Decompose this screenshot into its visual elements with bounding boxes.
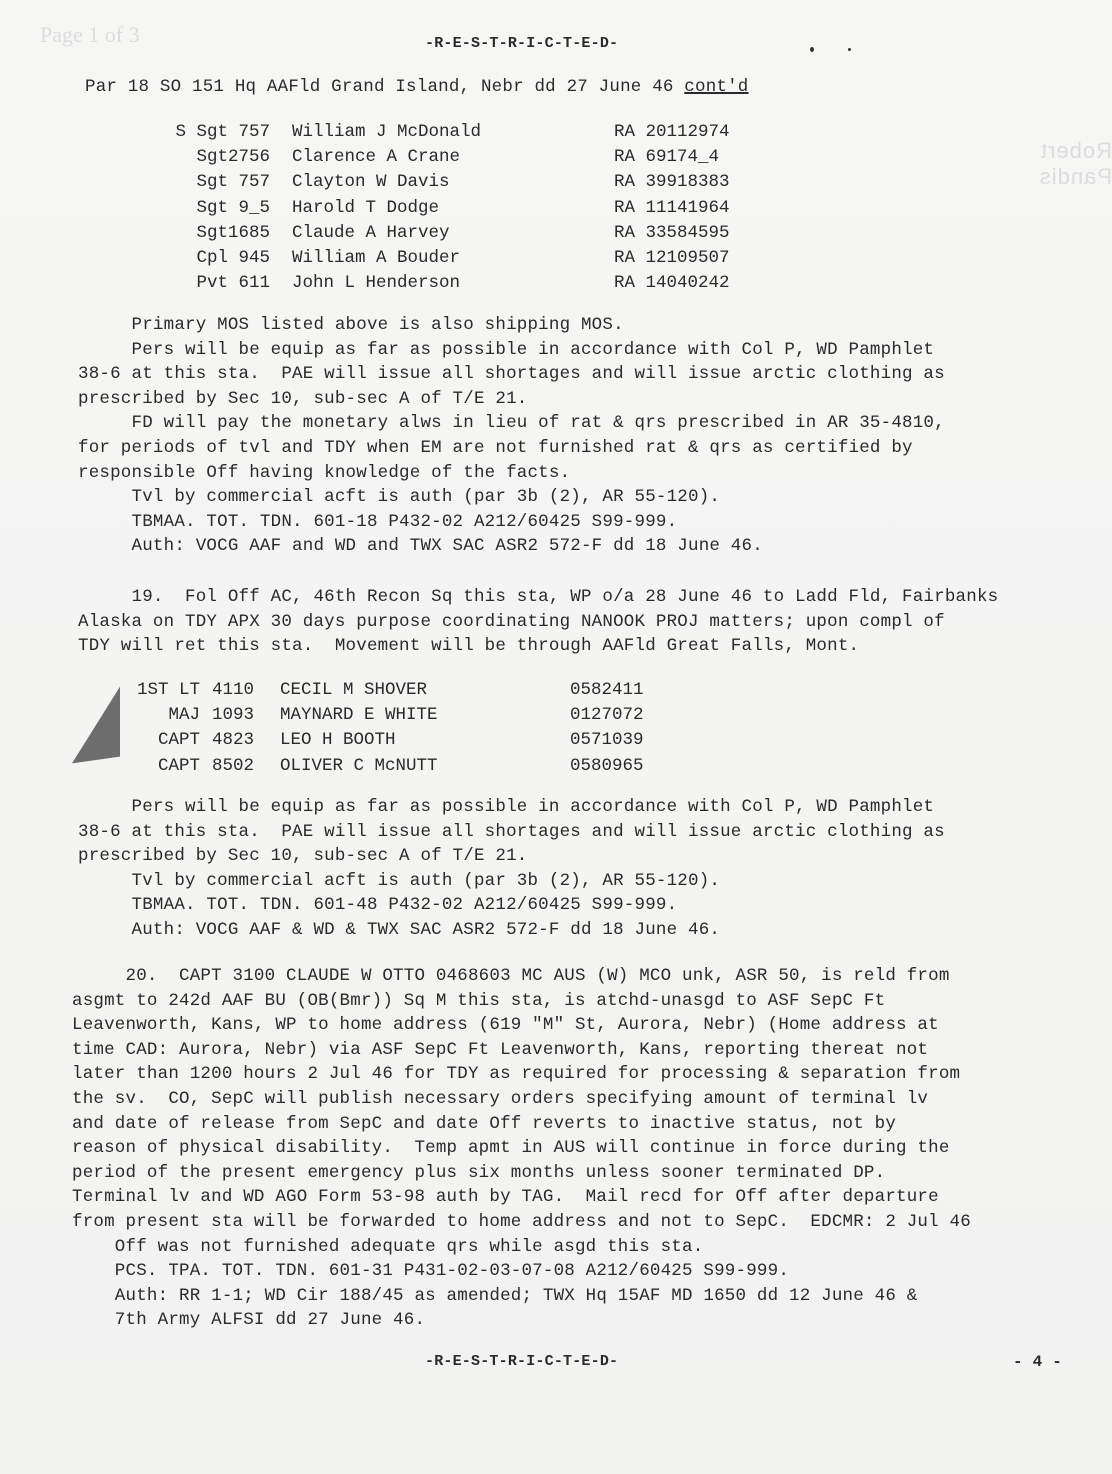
reference-suffix: cont'd [684,77,748,97]
text-line: later than 1200 hours 2 Jul 46 for TDY a… [72,1064,960,1084]
roster-name: Clayton W Davis [292,170,614,195]
text-line: TDY will ret this sta. Movement will be … [78,636,859,656]
roster-grade: 1ST LT [115,677,212,702]
enlisted-row: Sgt1685Claude A HarveyRA 33584595 [140,220,730,245]
roster-grade: CAPT [115,728,212,753]
text-line: for periods of tvl and TDY when EM are n… [78,438,913,458]
text-line: TBMAA. TOT. TDN. 601-48 P432-02 A212/604… [78,895,677,915]
roster-serial: RA 69174_4 [614,144,730,169]
enlisted-row: Sgt2756Clarence A CraneRA 69174_4 [140,144,730,169]
roster-name: William J McDonald [292,119,614,144]
roster-mos: 4823 [212,728,280,753]
text-line: Auth: VOCG AAF and WD and TWX SAC ASR2 5… [78,536,763,556]
text-line: Terminal lv and WD AGO Form 53-98 auth b… [72,1187,939,1207]
roster-serial: 0127072 [570,702,644,727]
enlisted-row: Sgt 9_5Harold T DodgeRA 11141964 [140,195,730,220]
roster-grade: Pvt 611 [140,271,292,296]
roster-name: CECIL M SHOVER [280,677,570,702]
text-line: FD will pay the monetary alws in lieu of… [78,413,945,433]
enlisted-row: Pvt 611John L HendersonRA 14040242 [140,271,730,296]
roster-mos: 4110 [212,677,280,702]
roster-serial: RA 12109507 [614,245,730,270]
text-line: prescribed by Sec 10, sub-sec A of T/E 2… [78,846,527,866]
text-line: period of the present emergency plus six… [72,1163,885,1183]
text-line: Leavenworth, Kans, WP to home address (6… [72,1015,939,1035]
roster-serial: RA 14040242 [614,271,730,296]
classification-footer: -R-E-S-T-R-I-C-T-E-D- [425,1353,618,1370]
text-line: prescribed by Sec 10, sub-sec A of T/E 2… [78,389,527,409]
reference-line: Par 18 SO 151 Hq AAFld Grand Island, Neb… [85,77,749,97]
roster-name: William A Bouder [292,245,614,270]
roster-grade: S Sgt 757 [140,119,292,144]
roster-serial: 0571039 [570,728,644,753]
ghost-stamp: Robert Pandis [965,138,1112,190]
reference-prefix: Par 18 SO 151 Hq AAFld Grand Island, Neb… [85,77,684,97]
officer-row: CAPT4823LEO H BOOTH0571039 [115,728,644,753]
text-line: the sv. CO, SepC will publish necessary … [72,1089,928,1109]
enlisted-row: Cpl 945William A BouderRA 12109507 [140,245,730,270]
roster-name: Harold T Dodge [292,195,614,220]
ink-speck [848,48,851,51]
text-line: and date of release from SepC and date O… [72,1114,896,1134]
classification-header: -R-E-S-T-R-I-C-T-E-D- [425,35,618,52]
roster-grade: Sgt 9_5 [140,195,292,220]
roster-grade: Cpl 945 [140,245,292,270]
roster-mos: 8502 [212,753,280,778]
text-line: Tvl by commercial acft is auth (par 3b (… [78,871,720,891]
roster-mos: 1093 [212,702,280,727]
text-line: Pers will be equip as far as possible in… [78,797,934,817]
roster-name: Clarence A Crane [292,144,614,169]
text-line: Auth: RR 1-1; WD Cir 188/45 as amended; … [72,1286,917,1306]
ink-speck [810,47,814,52]
enlisted-roster: S Sgt 757William J McDonaldRA 20112974Sg… [140,119,730,296]
text-line: Primary MOS listed above is also shippin… [78,315,624,335]
text-line: 19. Fol Off AC, 46th Recon Sq this sta, … [78,587,998,607]
enlisted-row: Sgt 757Clayton W DavisRA 39918383 [140,170,730,195]
text-line: from present sta will be forwarded to ho… [72,1212,971,1232]
text-line: time CAD: Aurora, Nebr) via ASF SepC Ft … [72,1040,928,1060]
officer-row: MAJ1093MAYNARD E WHITE0127072 [115,702,644,727]
roster-serial: RA 11141964 [614,195,730,220]
text-line: Auth: VOCG AAF & WD & TWX SAC ASR2 572-F… [78,920,720,940]
pen-mark [72,687,120,764]
enlisted-row: S Sgt 757William J McDonaldRA 20112974 [140,119,730,144]
officer-row: 1ST LT4110CECIL M SHOVER0582411 [115,677,644,702]
document-page: Page 1 of 3 Robert Pandis -R-E-S-T-R-I-C… [0,0,1112,1474]
roster-serial: RA 39918383 [614,170,730,195]
page-number: - 4 - [1013,1353,1062,1371]
officer-roster: 1ST LT4110CECIL M SHOVER0582411MAJ1093MA… [115,677,644,778]
roster-name: John L Henderson [292,271,614,296]
roster-serial: RA 33584595 [614,220,730,245]
officer-row: CAPT8502OLIVER C McNUTT0580965 [115,753,644,778]
roster-grade: MAJ [115,702,212,727]
roster-serial: 0582411 [570,677,644,702]
roster-serial: 0580965 [570,753,644,778]
text-line: PCS. TPA. TOT. TDN. 601-31 P431-02-03-07… [72,1261,789,1281]
text-line: 38-6 at this sta. PAE will issue all sho… [78,364,945,384]
roster-grade: CAPT [115,753,212,778]
roster-name: OLIVER C McNUTT [280,753,570,778]
text-line: asgmt to 242d AAF BU (OB(Bmr)) Sq M this… [72,991,885,1011]
text-line: TBMAA. TOT. TDN. 601-18 P432-02 A212/604… [78,512,677,532]
text-line: Tvl by commercial acft is auth (par 3b (… [78,487,720,507]
text-line: Pers will be equip as far as possible in… [78,340,934,360]
ghost-page-label: Page 1 of 3 [40,22,140,48]
roster-grade: Sgt 757 [140,170,292,195]
text-line: 38-6 at this sta. PAE will issue all sho… [78,822,945,842]
roster-grade: Sgt1685 [140,220,292,245]
text-line: reason of physical disability. Temp apmt… [72,1138,950,1158]
text-line: Alaska on TDY APX 30 days purpose coordi… [78,612,945,632]
roster-grade: Sgt2756 [140,144,292,169]
roster-serial: RA 20112974 [614,119,730,144]
roster-name: LEO H BOOTH [280,728,570,753]
roster-name: Claude A Harvey [292,220,614,245]
text-line: responsible Off having knowledge of the … [78,463,570,483]
roster-name: MAYNARD E WHITE [280,702,570,727]
text-line: 7th Army ALFSI dd 27 June 46. [72,1310,425,1330]
text-line: 20. CAPT 3100 CLAUDE W OTTO 0468603 MC A… [72,966,950,986]
text-line: Off was not furnished adequate qrs while… [72,1237,703,1257]
